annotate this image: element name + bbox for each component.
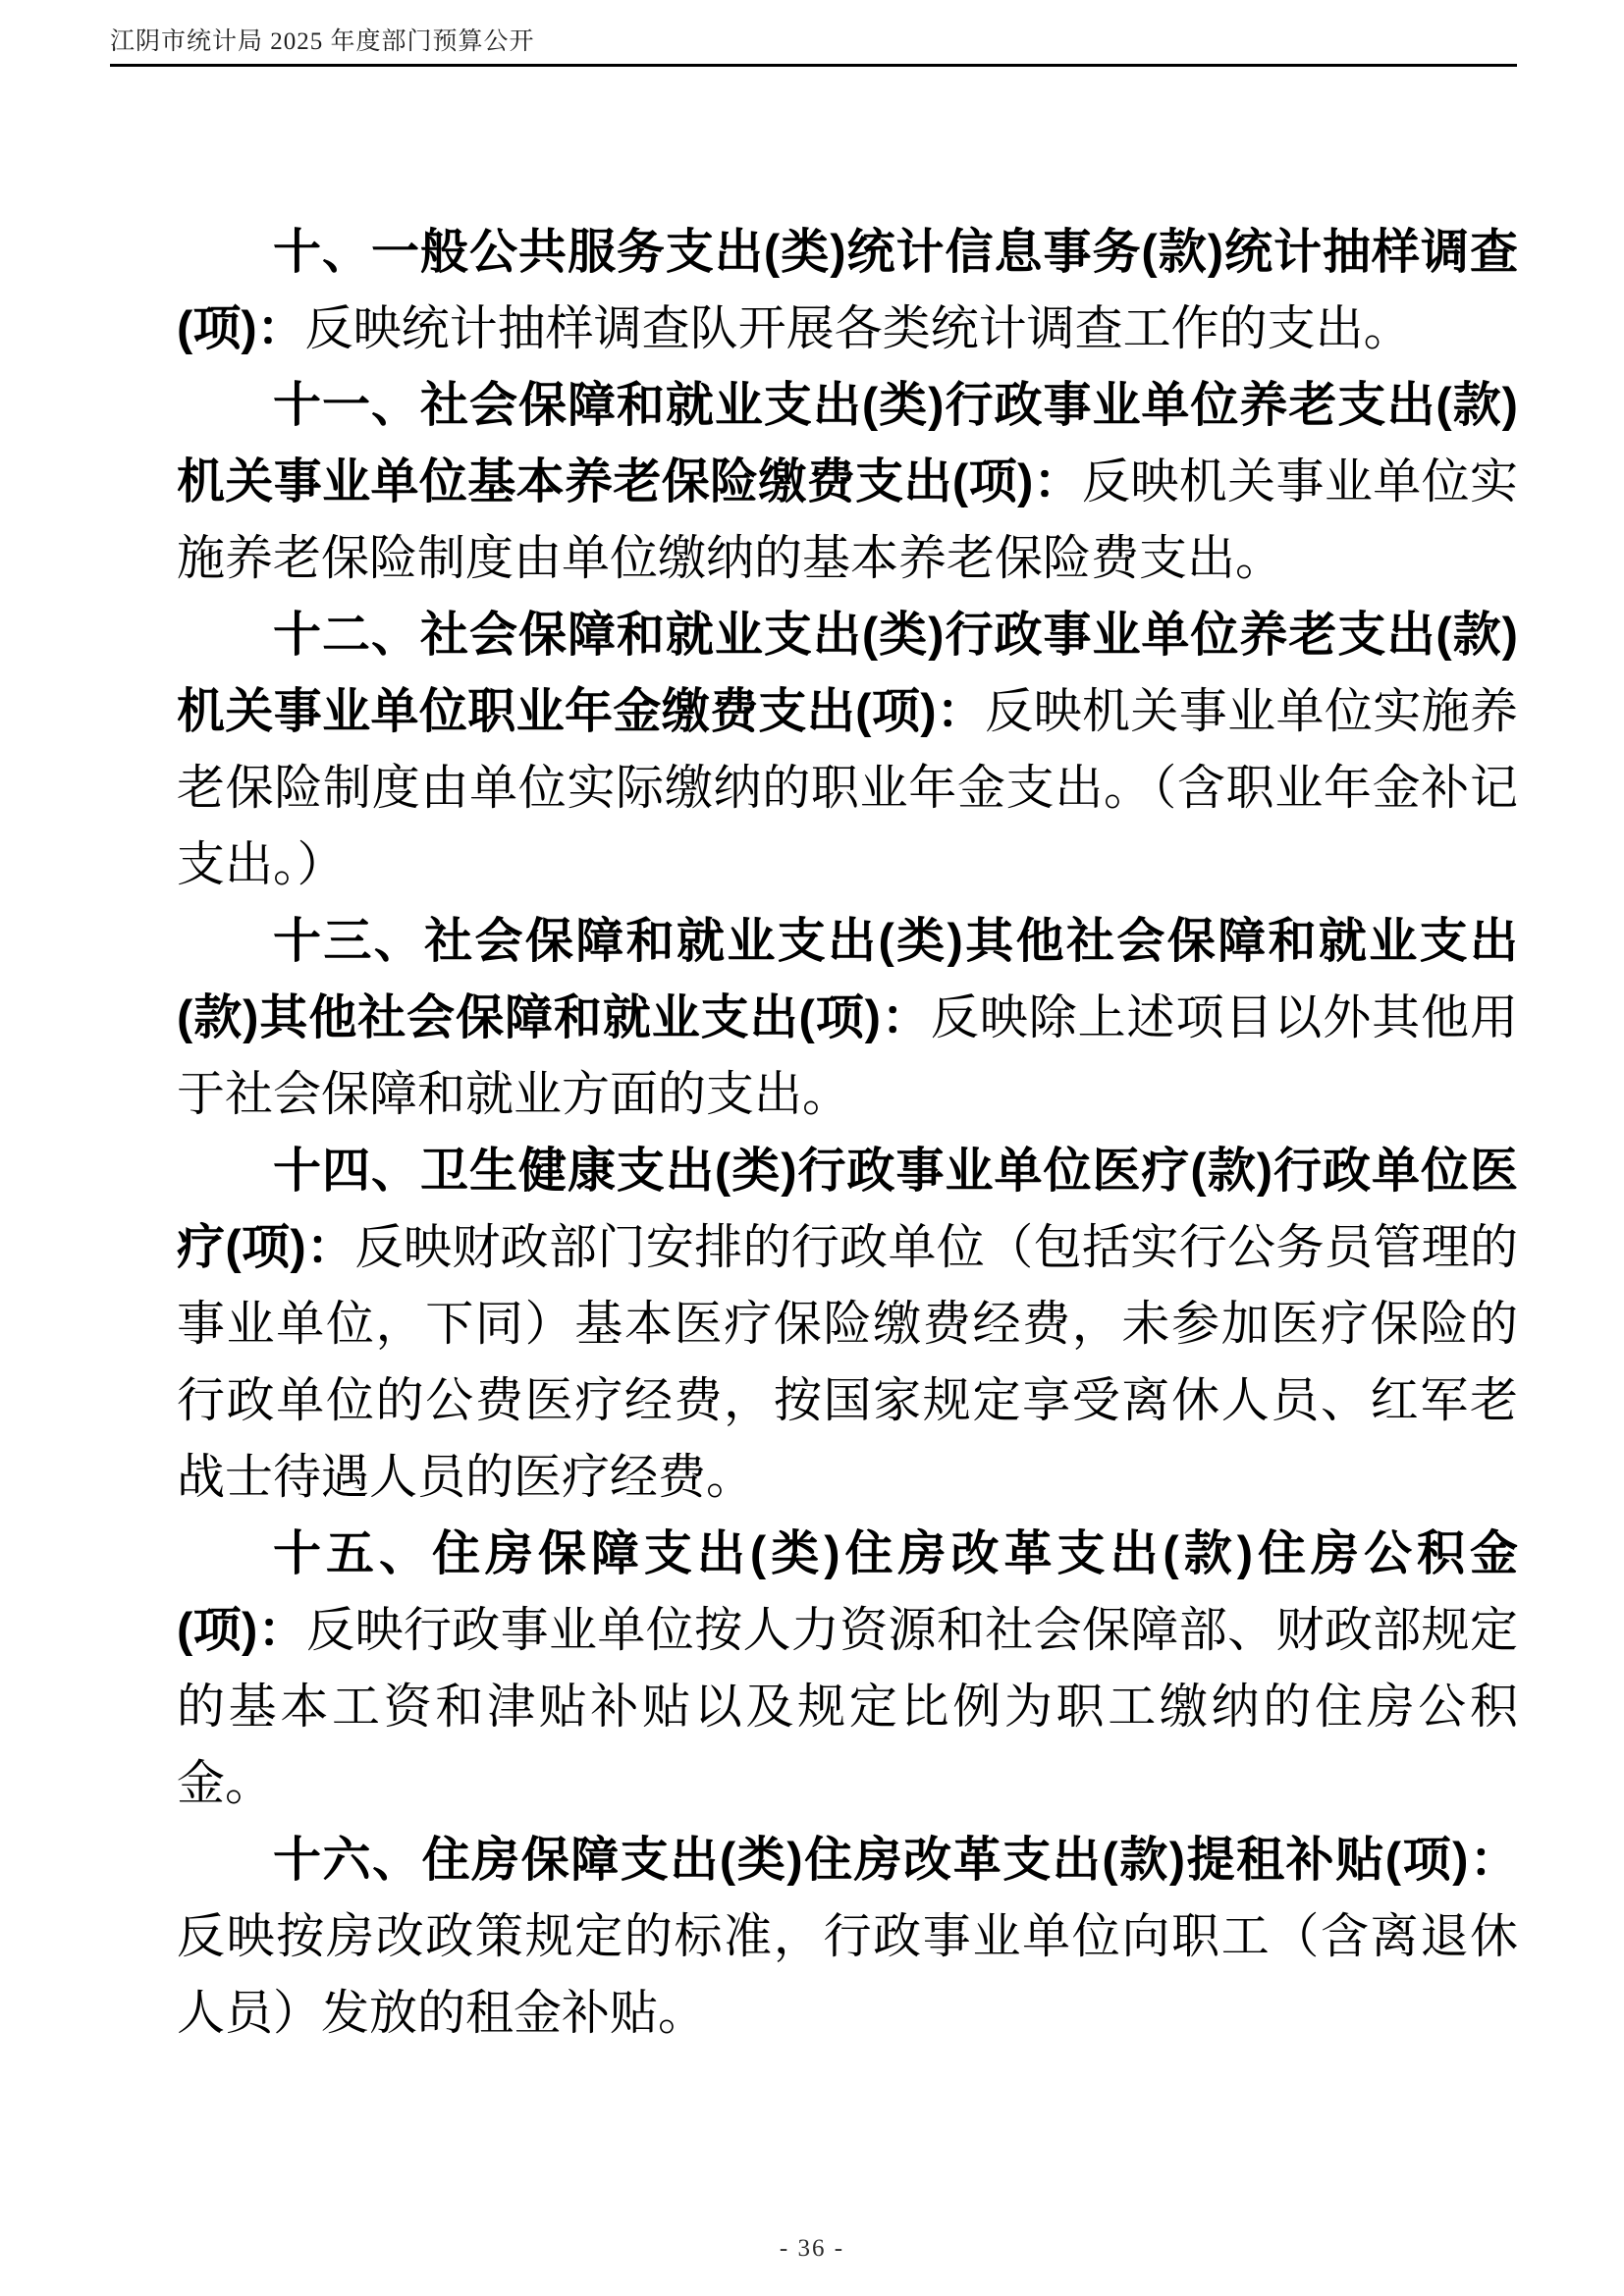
paragraph-16-heading: 十六、住房保障支出(类)住房改革支出(款)提租补贴(项)：	[273, 1834, 1518, 1887]
paragraph-10-body: 反映统计抽样调查队开展各类统计调查工作的支出。	[305, 301, 1412, 355]
paragraph-16: 十六、住房保障支出(类)住房改革支出(款)提租补贴(项)：反映按房改政策规定的标…	[177, 1822, 1518, 2052]
paragraph-11: 十一、社会保障和就业支出(类)行政事业单位养老支出(款)机关事业单位基本养老保险…	[177, 367, 1518, 597]
document-body: 十、一般公共服务支出(类)统计信息事务(款)统计抽样调查(项)：反映统计抽样调查…	[177, 214, 1518, 2052]
paragraph-14-body: 反映财政部门安排的行政单位（包括实行公务员管理的事业单位，下同）基本医疗保险缴费…	[177, 1220, 1518, 1504]
paragraph-16-body: 反映按房改政策规定的标准，行政事业单位向职工（含离退休人员）发放的租金补贴。	[177, 1909, 1518, 2040]
paragraph-15-body: 反映行政事业单位按人力资源和社会保障部、财政部规定的基本工资和津贴补贴以及规定比…	[177, 1603, 1518, 1810]
paragraph-14: 十四、卫生健康支出(类)行政事业单位医疗(款)行政单位医疗(项)：反映财政部门安…	[177, 1133, 1518, 1516]
page-header: 江阴市统计局 2025 年度部门预算公开	[110, 0, 1517, 67]
paragraph-10: 十、一般公共服务支出(类)统计信息事务(款)统计抽样调查(项)：反映统计抽样调查…	[177, 214, 1518, 367]
paragraph-15: 十五、住房保障支出(类)住房改革支出(款)住房公积金(项)：反映行政事业单位按人…	[177, 1516, 1518, 1822]
paragraph-13: 十三、社会保障和就业支出(类)其他社会保障和就业支出(款)其他社会保障和就业支出…	[177, 903, 1518, 1133]
page-footer: - 36 -	[0, 2235, 1624, 2263]
page-number: - 36 -	[780, 2235, 844, 2262]
paragraph-12: 十二、社会保障和就业支出(类)行政事业单位养老支出(款)机关事业单位职业年金缴费…	[177, 597, 1518, 903]
page-header-title: 江阴市统计局 2025 年度部门预算公开	[110, 28, 535, 55]
document-page: 江阴市统计局 2025 年度部门预算公开 十、一般公共服务支出(类)统计信息事务…	[0, 0, 1624, 2296]
